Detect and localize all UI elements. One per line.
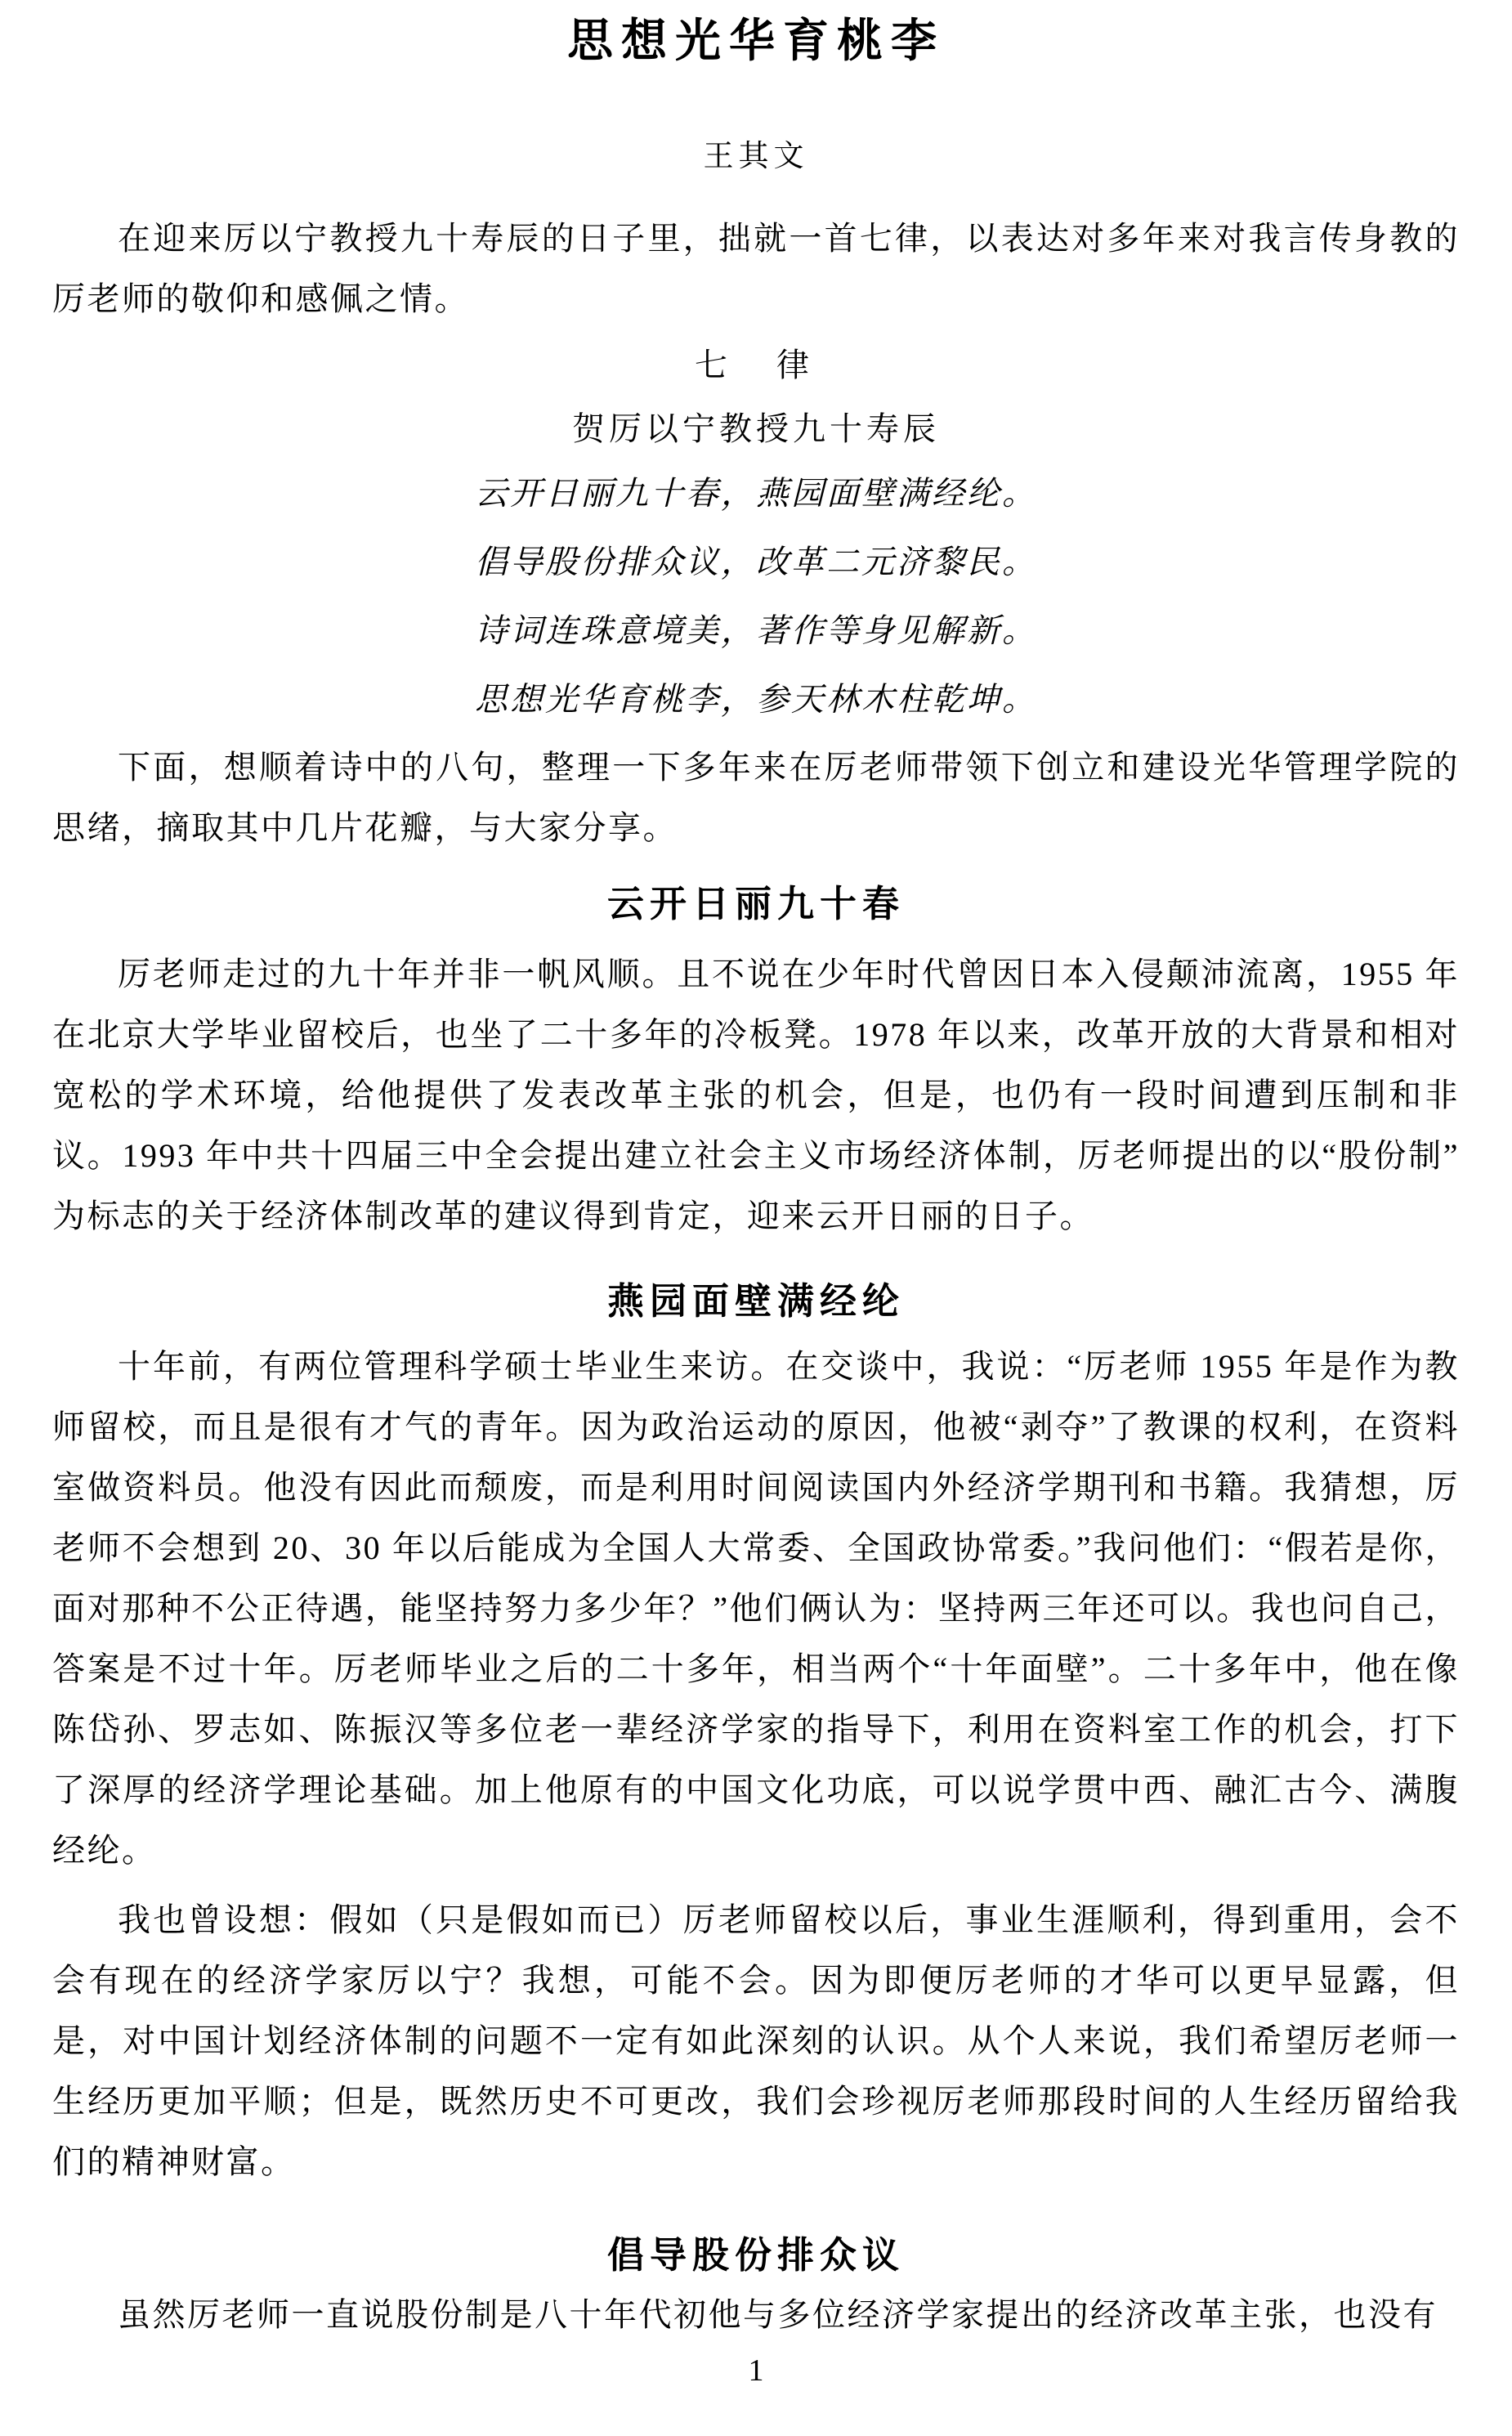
section-heading-2: 燕园面壁满经纶 — [52, 1277, 1460, 1326]
poem-form-label: 七 律 — [52, 335, 1460, 396]
section-heading-1: 云开日丽九十春 — [52, 880, 1460, 929]
section-2-paragraph-1: 十年前，有两位管理科学硕士毕业生来访。在交谈中，我说：“厉老师 1955 年是作… — [52, 1337, 1460, 1881]
poem-title: 贺厉以宁教授九十寿辰 — [52, 399, 1460, 459]
section-2-paragraph-2: 我也曾设想：假如（只是假如而已）厉老师留校以后，事业生涯顺利，得到重用，会不会有… — [52, 1890, 1460, 2192]
poem-line-4: 思想光华育桃李，参天林木柱乾坤。 — [52, 665, 1460, 734]
poem-line-3: 诗词连珠意境美，著作等身见解新。 — [52, 597, 1460, 665]
intro-paragraph: 在迎来厉以宁教授九十寿辰的日子里，拙就一首七律，以表达对多年来对我言传身教的厉老… — [52, 208, 1460, 329]
poem-line-1: 云开日丽九十春，燕园面壁满经纶。 — [52, 459, 1460, 528]
document-title: 思想光华育桃李 — [52, 11, 1460, 72]
author-name: 王其文 — [52, 137, 1460, 177]
transition-paragraph: 下面，想顺着诗中的八句，整理一下多年来在厉老师带领下创立和建设光华管理学院的思绪… — [52, 737, 1460, 858]
poem-line-2: 倡导股份排众议，改革二元济黎民。 — [52, 528, 1460, 597]
page-number: 1 — [0, 2351, 1512, 2390]
document-page: 思想光华育桃李 王其文 在迎来厉以宁教授九十寿辰的日子里，拙就一首七律，以表达对… — [0, 0, 1512, 2436]
section-3-paragraph-1: 虽然厉老师一直说股份制是八十年代初他与多位经济学家提出的经济改革主张，也没有 — [52, 2285, 1460, 2345]
poem-stanza: 云开日丽九十春，燕园面壁满经纶。 倡导股份排众议，改革二元济黎民。 诗词连珠意境… — [52, 459, 1460, 734]
section-1-paragraph-1: 厉老师走过的九十年并非一帆风顺。且不说在少年时代曾因日本入侵颠沛流离，1955 … — [52, 944, 1460, 1247]
section-heading-3: 倡导股份排众议 — [52, 2231, 1460, 2280]
